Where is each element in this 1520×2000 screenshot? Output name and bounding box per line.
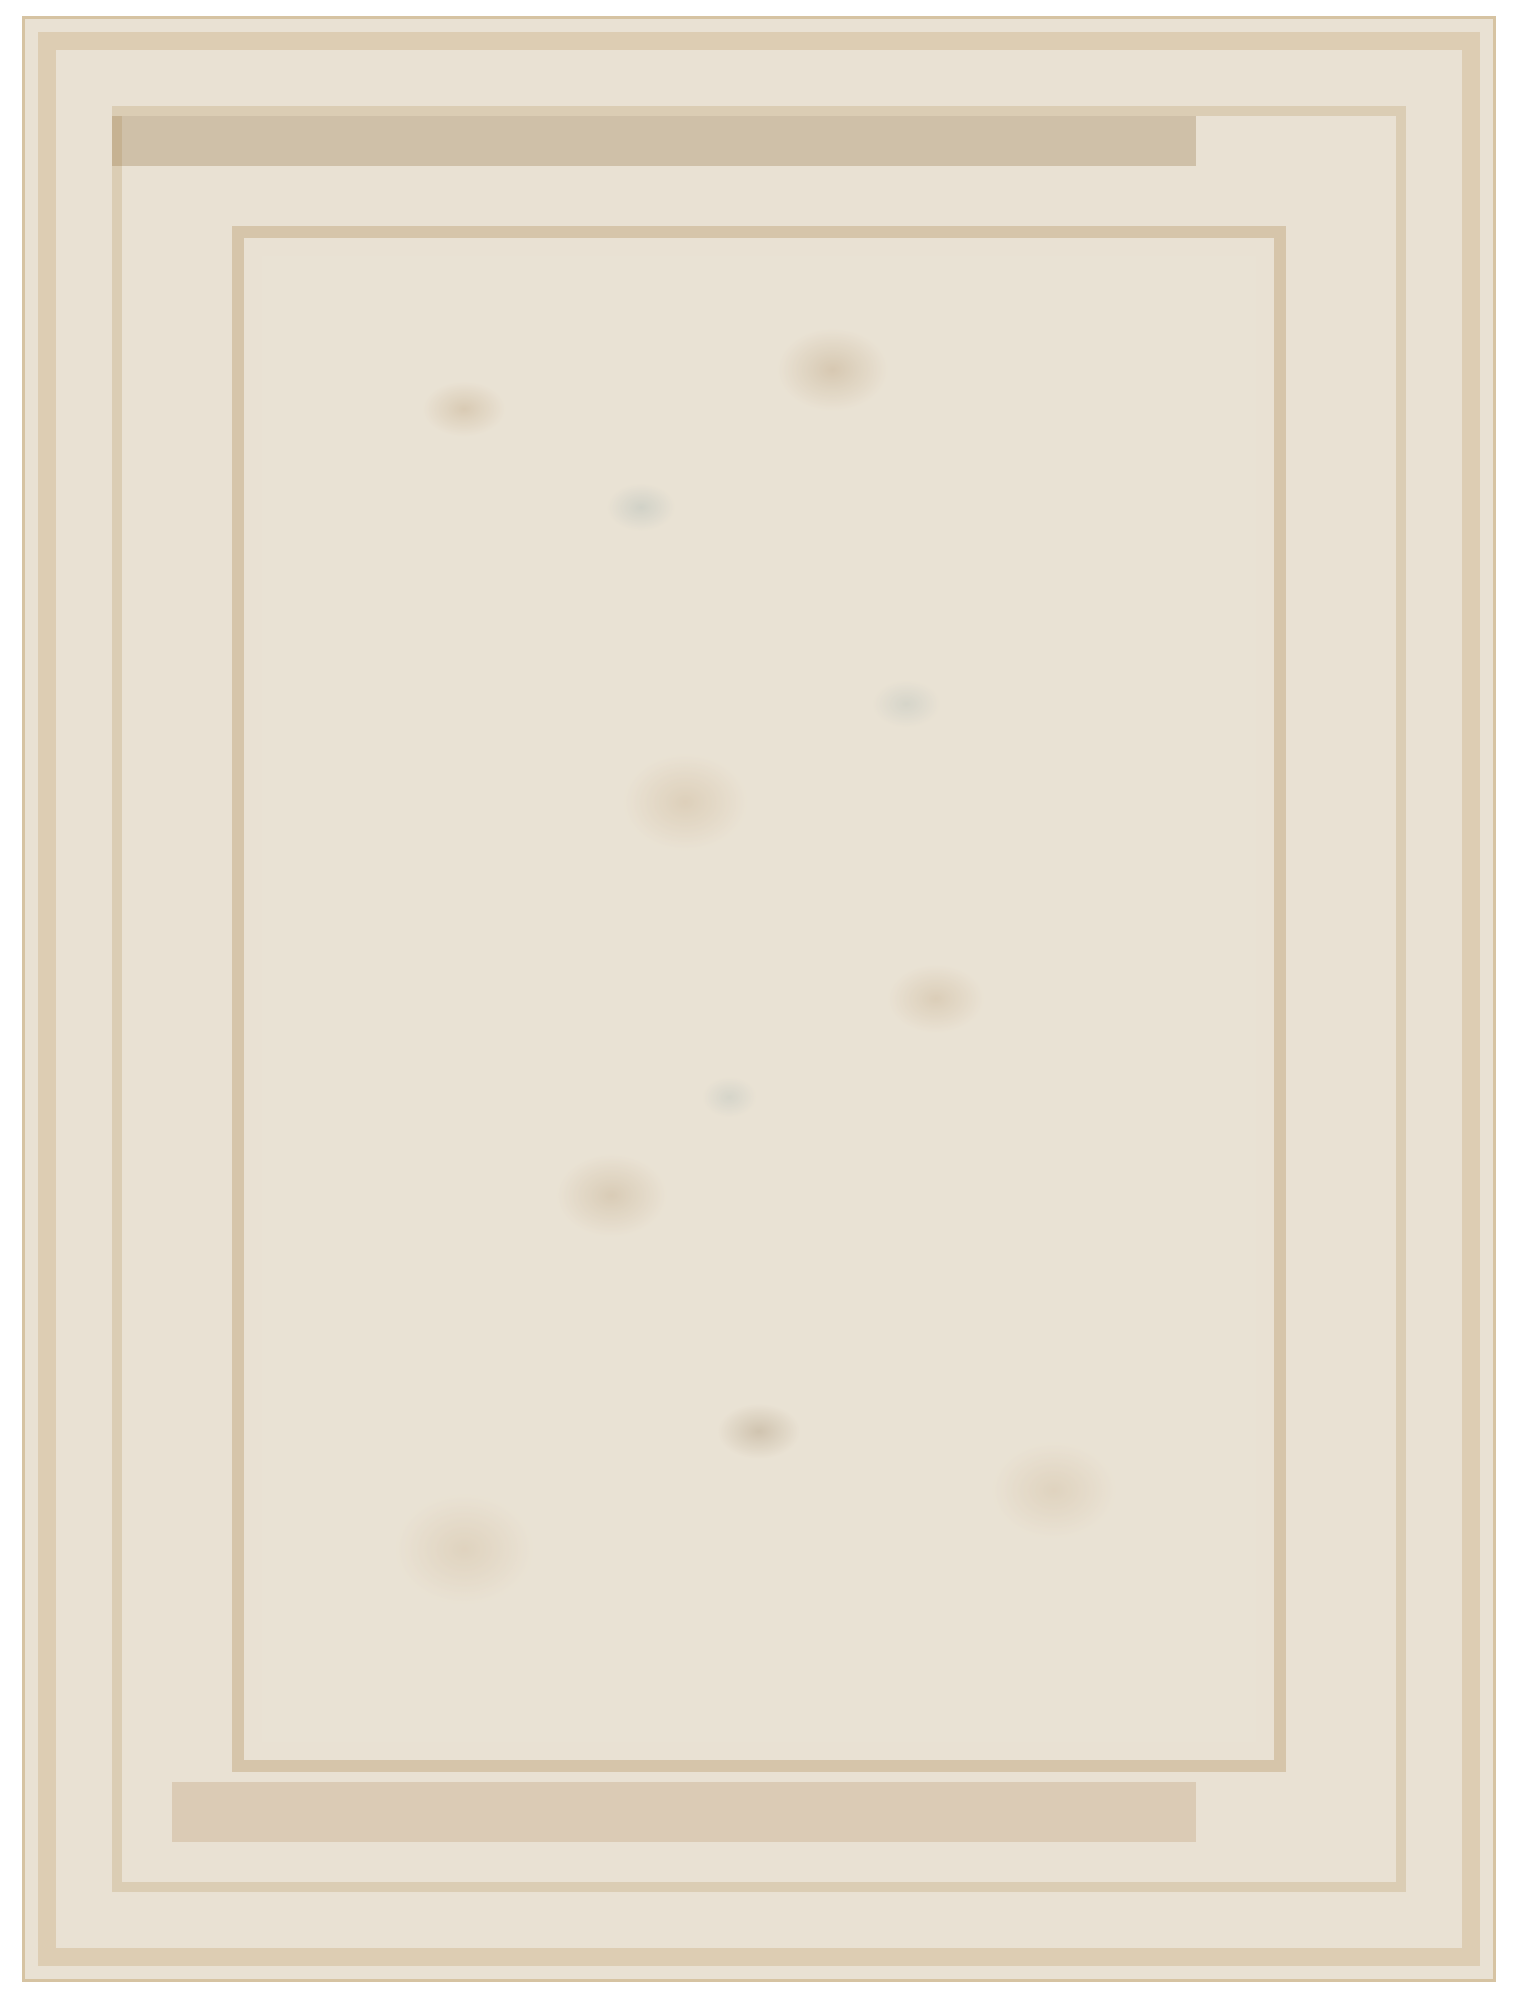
rug-bottom-band	[172, 1782, 1196, 1842]
rug-center-field	[262, 256, 1256, 1742]
rug-photo	[22, 16, 1496, 1982]
rug-top-band	[112, 116, 1196, 166]
